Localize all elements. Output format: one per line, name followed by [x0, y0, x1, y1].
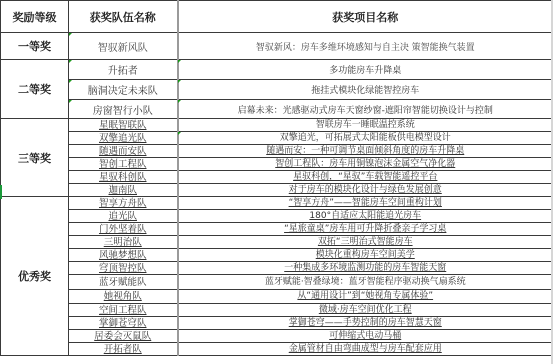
comment-marker-icon — [178, 132, 181, 135]
comment-marker-icon — [178, 100, 181, 103]
table-row: 一等奖 智驭新风队 智驭新风：房车多维环境感知与自主决 策智能换气装置 — [1, 33, 553, 60]
table-row: 双擎追光队 双擎追光，可拓展式太阳能板供电模型设计 — [1, 132, 553, 145]
project-cell[interactable]: 双擎追光，可拓展式太阳能板供电模型设计 — [178, 132, 553, 145]
team-cell[interactable]: 三明治队 — [69, 236, 178, 249]
award-level-second[interactable]: 二等奖 — [1, 60, 69, 119]
table-row: 空间工程队 微域·房车空间优化工程 — [1, 304, 553, 317]
table-row: 房窗智行小队 启幕未来：光感驱动式房车天窗纱窗-遮阳帘智能切换设计与控制 — [1, 100, 553, 119]
team-cell[interactable]: 掌御苍穹队 — [69, 317, 178, 330]
award-level-third[interactable]: 三等奖 — [1, 119, 69, 197]
project-cell[interactable]: 智联房车一睡眠温控系统 — [178, 119, 553, 132]
team-cell[interactable]: 风驰梦想队 — [69, 249, 178, 262]
team-cell[interactable]: 星眠智联队 — [69, 119, 178, 132]
comment-marker-icon — [178, 80, 181, 83]
comment-marker-icon — [69, 80, 72, 83]
project-cell[interactable]: 可伸缩式电动马桶 — [178, 330, 553, 343]
table-row: 三等奖 星眠智联队 智联房车一睡眠温控系统 — [1, 119, 553, 132]
comment-marker-icon — [178, 60, 181, 63]
header-team[interactable]: 获奖队伍名称 — [69, 1, 178, 33]
header-row: 奖励等级 获奖队伍名称 获奖项目名称 — [1, 1, 553, 33]
project-cell[interactable]: 拖挂式模块化绿能智控房车 — [178, 80, 553, 100]
table-row: 开拓者队 金属管材自由弯曲成型与房车配套应用 — [1, 343, 553, 356]
table-row: 优秀奖 智享方舟队 “智享方舟”——智能房车空间重构计划 — [1, 197, 553, 210]
team-cell[interactable]: 脑洞决定未来队 — [69, 80, 178, 100]
award-level-first[interactable]: 一等奖 — [1, 33, 69, 60]
project-cell[interactable]: 智创工程队：房车用铜镍泡沫金属空气净化器 — [178, 158, 553, 171]
table-row: 随遇而安队 随遇而安：一种可调节桌面倾斜角度的房车升降桌 — [1, 145, 553, 158]
header-project[interactable]: 获奖项目名称 — [178, 1, 553, 33]
project-cell[interactable]: 启幕未来：光感驱动式房车天窗纱窗-遮阳帘智能切换设计与控制 — [178, 100, 553, 119]
table-row: 二等奖 升拓者 多功能房车升降桌 — [1, 60, 553, 80]
project-cell[interactable]: 随遇而安：一种可调节桌面倾斜角度的房车升降桌 — [178, 145, 553, 158]
project-cell[interactable]: “智享方舟”——智能房车空间重构计划 — [178, 197, 553, 210]
table-row: 星驭科创队 星驭科创，“星驭”车载智能遥控平台 — [1, 171, 553, 184]
award-level-honorable[interactable]: 优秀奖 — [1, 197, 69, 356]
project-cell[interactable]: 蓝牙赋能·智叠绿境：蓝牙智能程序驱动换气扇系统 — [178, 275, 553, 290]
table-row: 智创工程队 智创工程队：房车用铜镍泡沫金属空气净化器 — [1, 158, 553, 171]
team-cell[interactable]: 门外坚着队 — [69, 223, 178, 236]
project-cell[interactable]: 双拓“三明治式智能房车 — [178, 236, 553, 249]
project-cell[interactable]: 金属管材自由弯曲成型与房车配套应用 — [178, 343, 553, 356]
table-row: 居委会灭鼠队 可伸缩式电动马桶 — [1, 330, 553, 343]
team-cell[interactable]: 智创工程队 — [69, 158, 178, 171]
project-cell[interactable]: 掌御苍穹——手势控制的房车智慧天窗 — [178, 317, 553, 330]
team-cell[interactable]: 空间工程队 — [69, 304, 178, 317]
table-row: 门外坚着队 “星旅童桌”房车用可升降折叠亲子学习桌 — [1, 223, 553, 236]
project-cell[interactable]: 一种集成多环境监测功能的房车智能天窗 — [178, 262, 553, 275]
project-cell[interactable]: 模块化重构房车空间美学 — [178, 249, 553, 262]
project-cell[interactable]: 180°自适应太阳能追光房车 — [178, 210, 553, 223]
header-level[interactable]: 奖励等级 — [1, 1, 69, 33]
project-cell[interactable]: 对于房车的模块化设计与绿色发展创意 — [178, 184, 553, 197]
table-row: 三明治队 双拓“三明治式智能房车 — [1, 236, 553, 249]
team-cell[interactable]: 升拓者 — [69, 60, 178, 80]
project-cell[interactable]: 多功能房车升降桌 — [178, 60, 553, 80]
table-row: 迦南队 对于房车的模块化设计与绿色发展创意 — [1, 184, 553, 197]
team-cell[interactable]: 她视角队 — [69, 290, 178, 304]
team-cell[interactable]: 开拓者队 — [69, 343, 178, 356]
table-row: 穹顶智控队 一种集成多环境监测功能的房车智能天窗 — [1, 262, 553, 275]
team-cell[interactable]: 蓝牙赋能队 — [69, 275, 178, 290]
team-cell[interactable]: 追光队 — [69, 210, 178, 223]
project-cell[interactable]: “星旅童桌”房车用可升降折叠亲子学习桌 — [178, 223, 553, 236]
project-cell[interactable]: 智驭新风：房车多维环境感知与自主决 策智能换气装置 — [178, 33, 553, 60]
comment-marker-icon — [69, 33, 72, 36]
project-cell[interactable]: 从“通用设计”到“她视角专属体验” — [178, 290, 553, 304]
comment-marker-icon — [69, 60, 72, 63]
team-cell[interactable]: 房窗智行小队 — [69, 100, 178, 119]
project-cell[interactable]: 星驭科创，“星驭”车载智能遥控平台 — [178, 171, 553, 184]
table-row: 她视角队 从“通用设计”到“她视角专属体验” — [1, 290, 553, 304]
team-cell[interactable]: 随遇而安队 — [69, 145, 178, 158]
team-cell[interactable]: 智享方舟队 — [69, 197, 178, 210]
team-cell[interactable]: 居委会灭鼠队 — [69, 330, 178, 343]
table-row: 追光队 180°自适应太阳能追光房车 — [1, 210, 553, 223]
team-cell[interactable]: 星驭科创队 — [69, 171, 178, 184]
team-cell[interactable]: 双擎追光队 — [69, 132, 178, 145]
project-cell[interactable]: 微域·房车空间优化工程 — [178, 304, 553, 317]
table-row: 掌御苍穹队 掌御苍穹——手势控制的房车智慧天窗 — [1, 317, 553, 330]
team-cell[interactable]: 穹顶智控队 — [69, 262, 178, 275]
team-cell[interactable]: 智驭新风队 — [69, 33, 178, 60]
selection-indicator — [0, 185, 2, 199]
awards-table: 奖励等级 获奖队伍名称 获奖项目名称 一等奖 智驭新风队 智驭新风：房车多维环境… — [0, 0, 553, 356]
comment-marker-icon — [69, 100, 72, 103]
awards-sheet: 奖励等级 获奖队伍名称 获奖项目名称 一等奖 智驭新风队 智驭新风：房车多维环境… — [0, 0, 553, 364]
table-row: 脑洞决定未来队 拖挂式模块化绿能智控房车 — [1, 80, 553, 100]
table-row: 蓝牙赋能队 蓝牙赋能·智叠绿境：蓝牙智能程序驱动换气扇系统 — [1, 275, 553, 290]
table-row: 风驰梦想队 模块化重构房车空间美学 — [1, 249, 553, 262]
team-cell[interactable]: 迦南队 — [69, 184, 178, 197]
